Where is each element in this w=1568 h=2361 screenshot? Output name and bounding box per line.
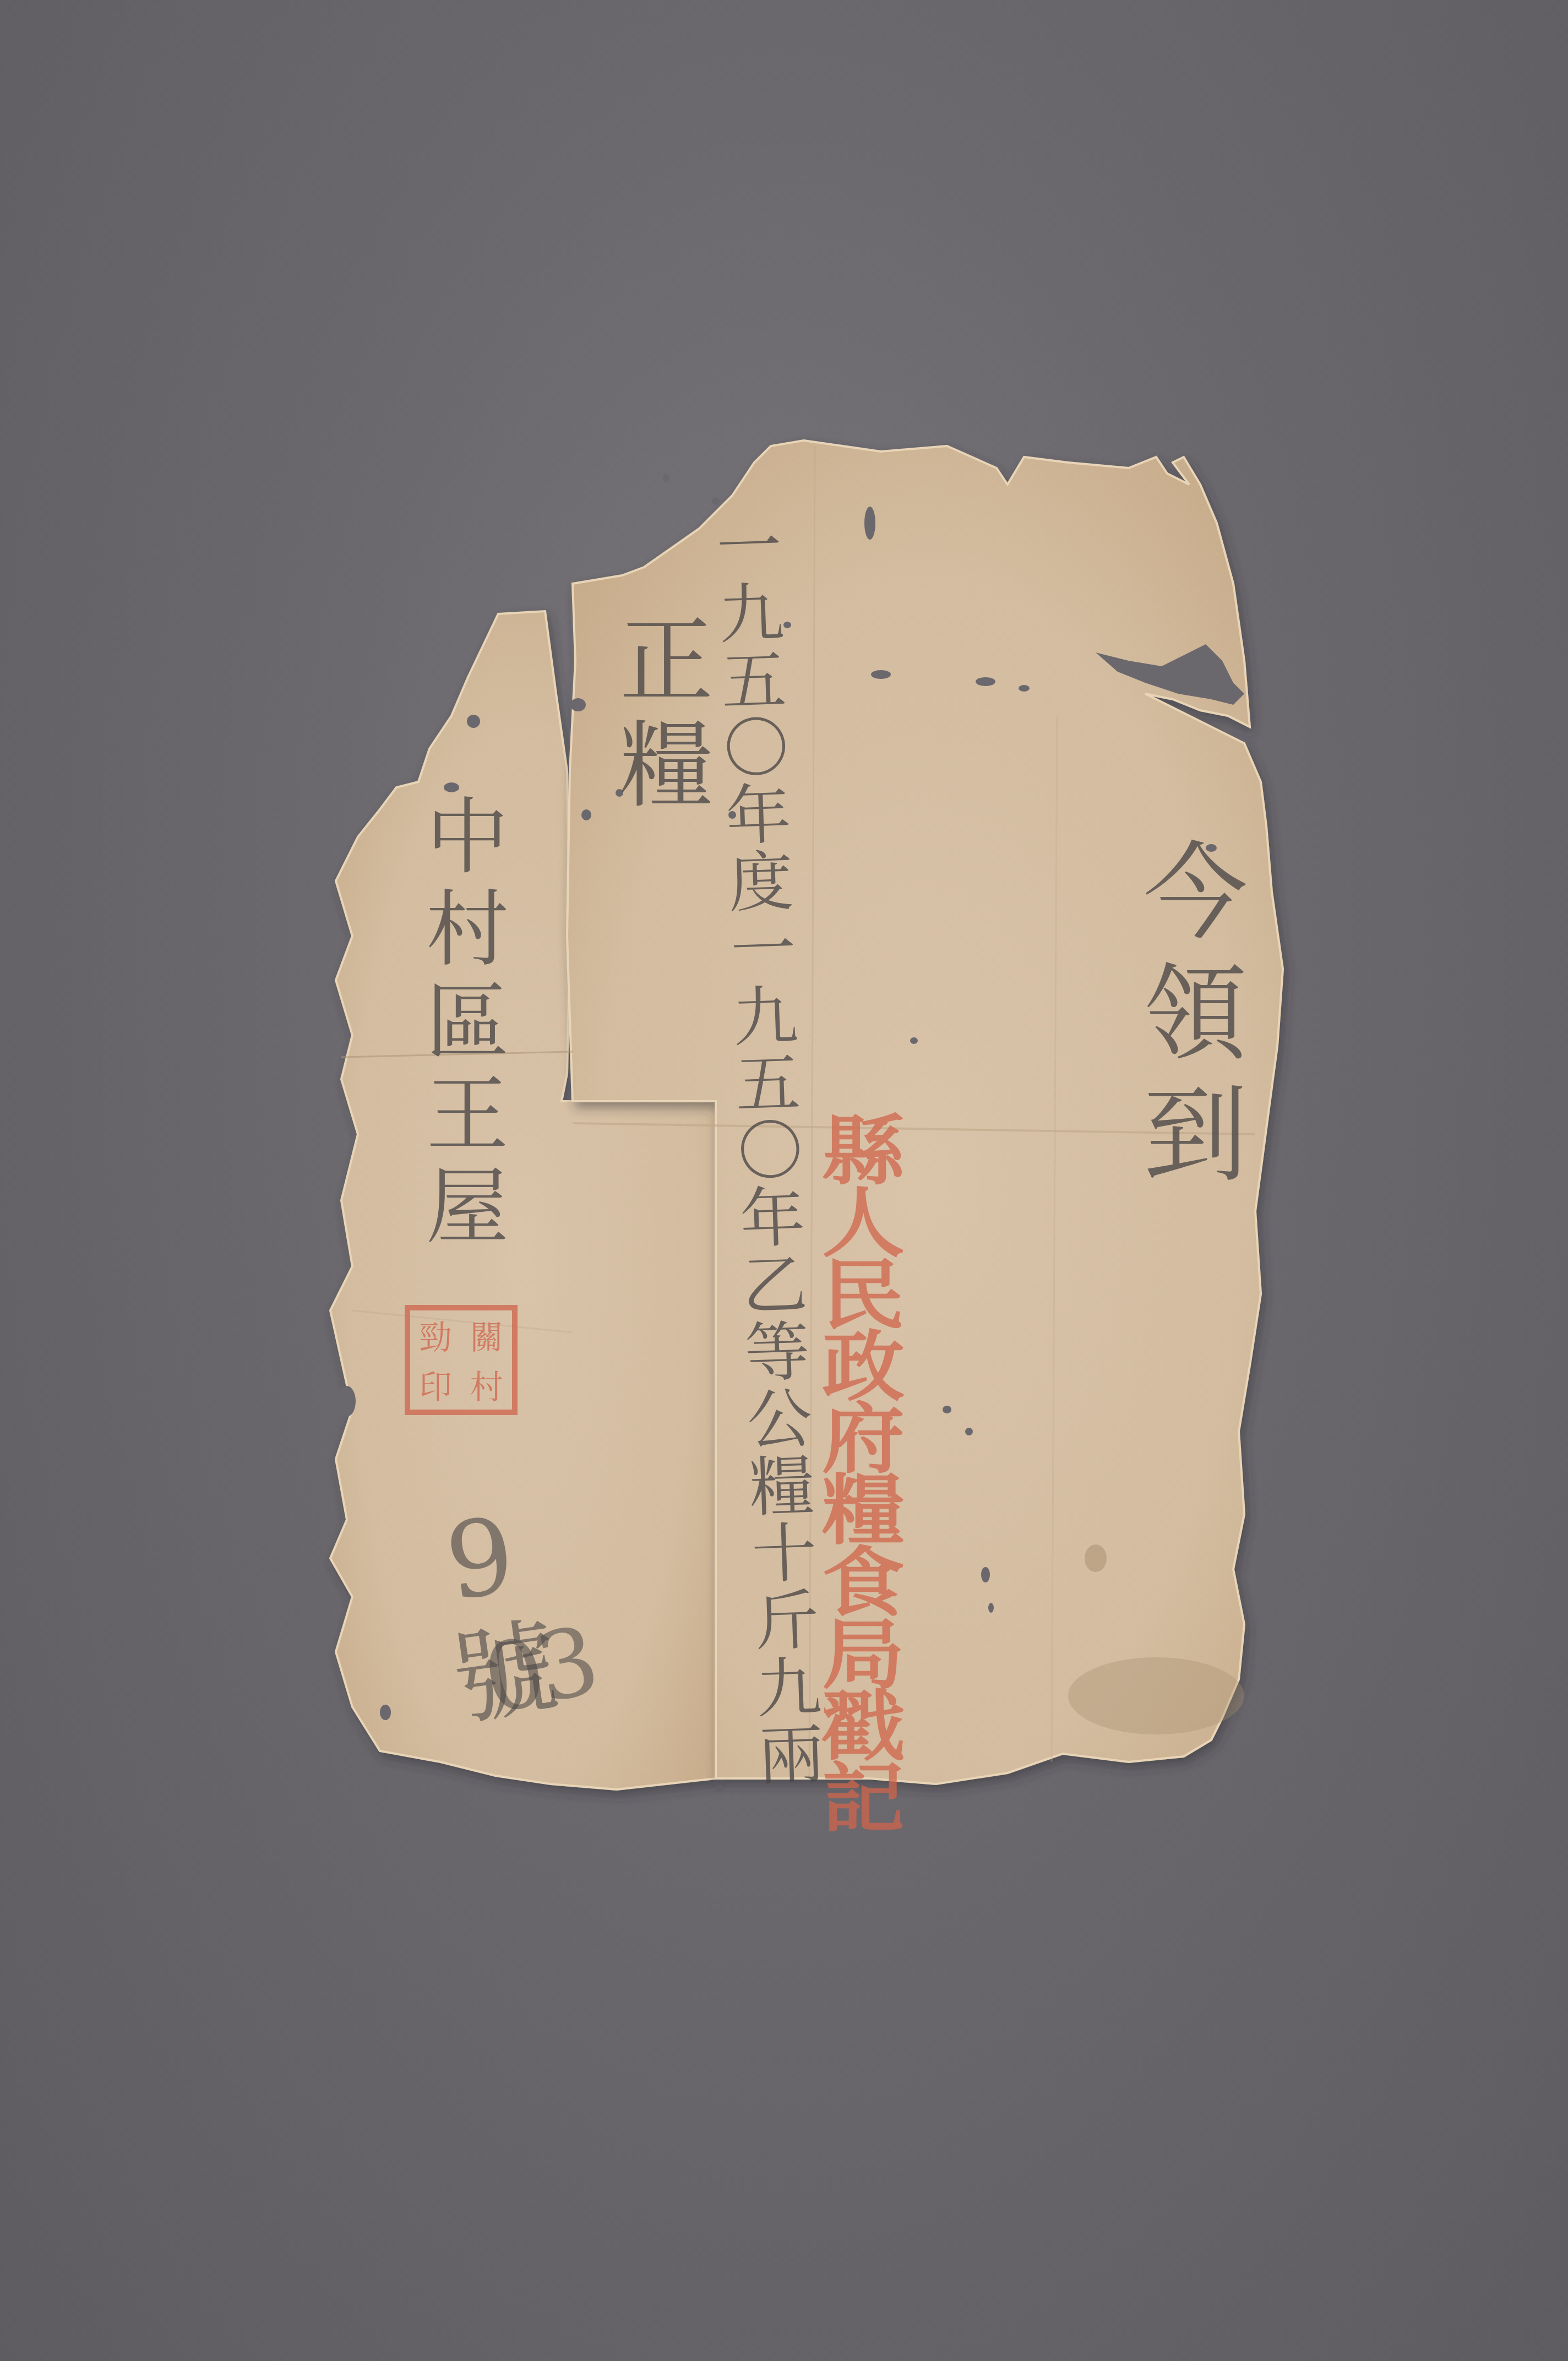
document-photo: 縣人民政府糧食局戳記 一九五〇年度一九五〇年乙等公糧十斤九兩 正糧 今領到 中村… [0,0,1568,2361]
stamp-char: 關 [461,1310,513,1360]
handwritten-serial-number-2: 03 [476,1614,601,1728]
handwritten-grain-type: 正糧 [611,611,705,820]
stamp-char: 村 [461,1360,513,1410]
stamp-char: 印 [410,1360,461,1410]
handwritten-village-column: 中村區王屋 [418,793,501,1255]
stamp-char: 勁 [410,1310,461,1360]
square-red-stamp: 關 勁 村 印 [405,1305,518,1415]
handwritten-received-column: 今領到 [1134,837,1239,1200]
